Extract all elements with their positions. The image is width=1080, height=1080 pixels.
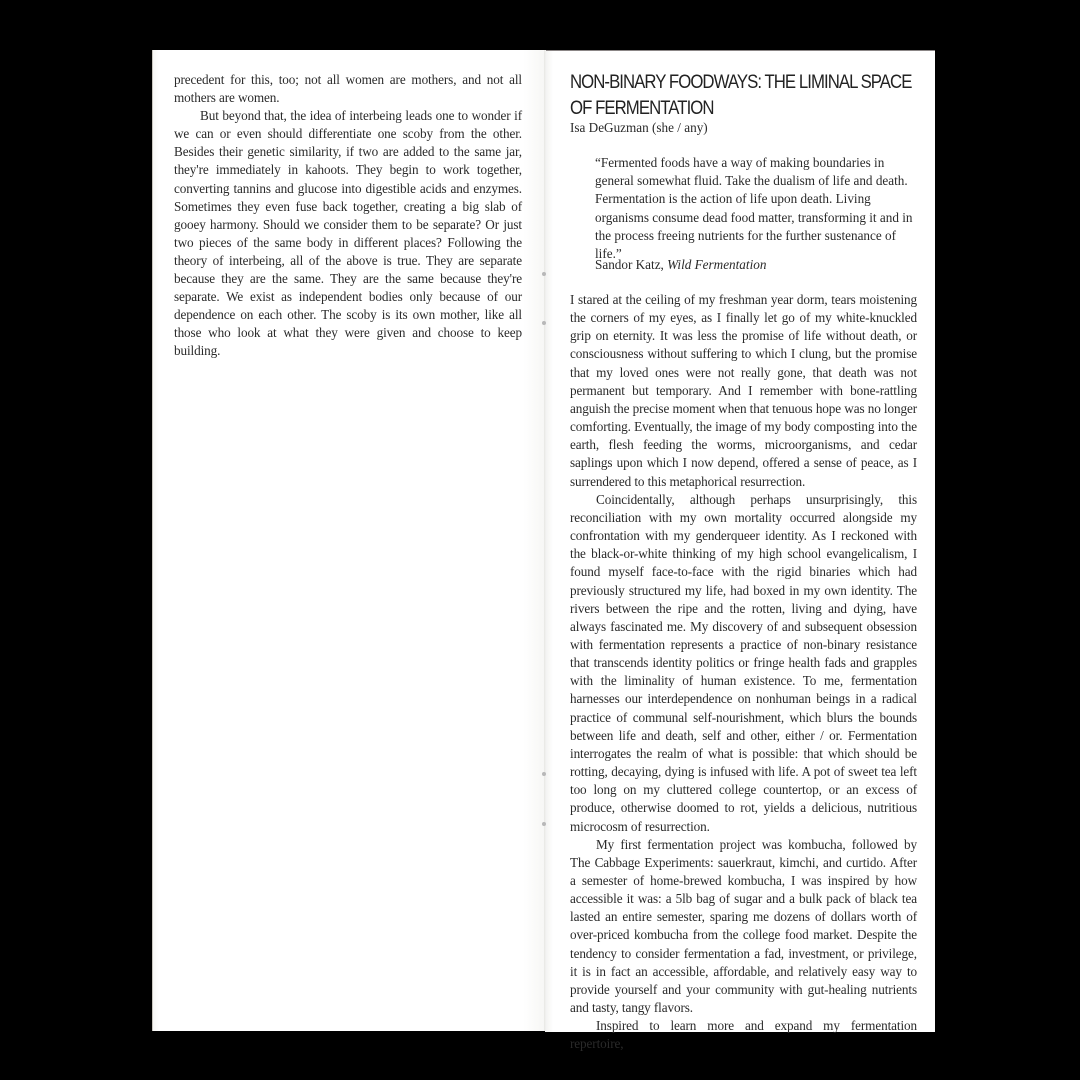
gutter-mark: [542, 772, 546, 776]
article-body: I stared at the ceiling of my freshman y…: [570, 291, 917, 1054]
epigraph-quote: “Fermented foods have a way of making bo…: [595, 154, 917, 263]
gutter-mark: [542, 272, 546, 276]
attribution-author: Sandor Katz,: [595, 257, 667, 272]
paragraph: I stared at the ceiling of my freshman y…: [570, 291, 917, 491]
article-title: Non-Binary Foodways: The Liminal Space o…: [570, 69, 931, 121]
paragraph: Coincidentally, although perhaps unsurpr…: [570, 491, 917, 836]
left-page-text: precedent for this, too; not all women a…: [174, 71, 522, 361]
article-author: Isa DeGuzman (she / any): [570, 119, 708, 137]
book-spread: precedent for this, too; not all women a…: [152, 50, 935, 1031]
paragraph: precedent for this, too; not all women a…: [174, 71, 522, 107]
attribution-work: Wild Fermentation: [667, 257, 766, 272]
book-gutter: [544, 50, 546, 1031]
paragraph: Inspired to learn more and expand my fer…: [570, 1017, 917, 1053]
gutter-mark: [542, 822, 546, 826]
epigraph-attribution: Sandor Katz, Wild Fermentation: [595, 256, 766, 274]
gutter-mark: [542, 321, 546, 325]
paragraph: But beyond that, the idea of interbeing …: [174, 107, 522, 360]
paragraph: My first fermentation project was kombuc…: [570, 836, 917, 1018]
